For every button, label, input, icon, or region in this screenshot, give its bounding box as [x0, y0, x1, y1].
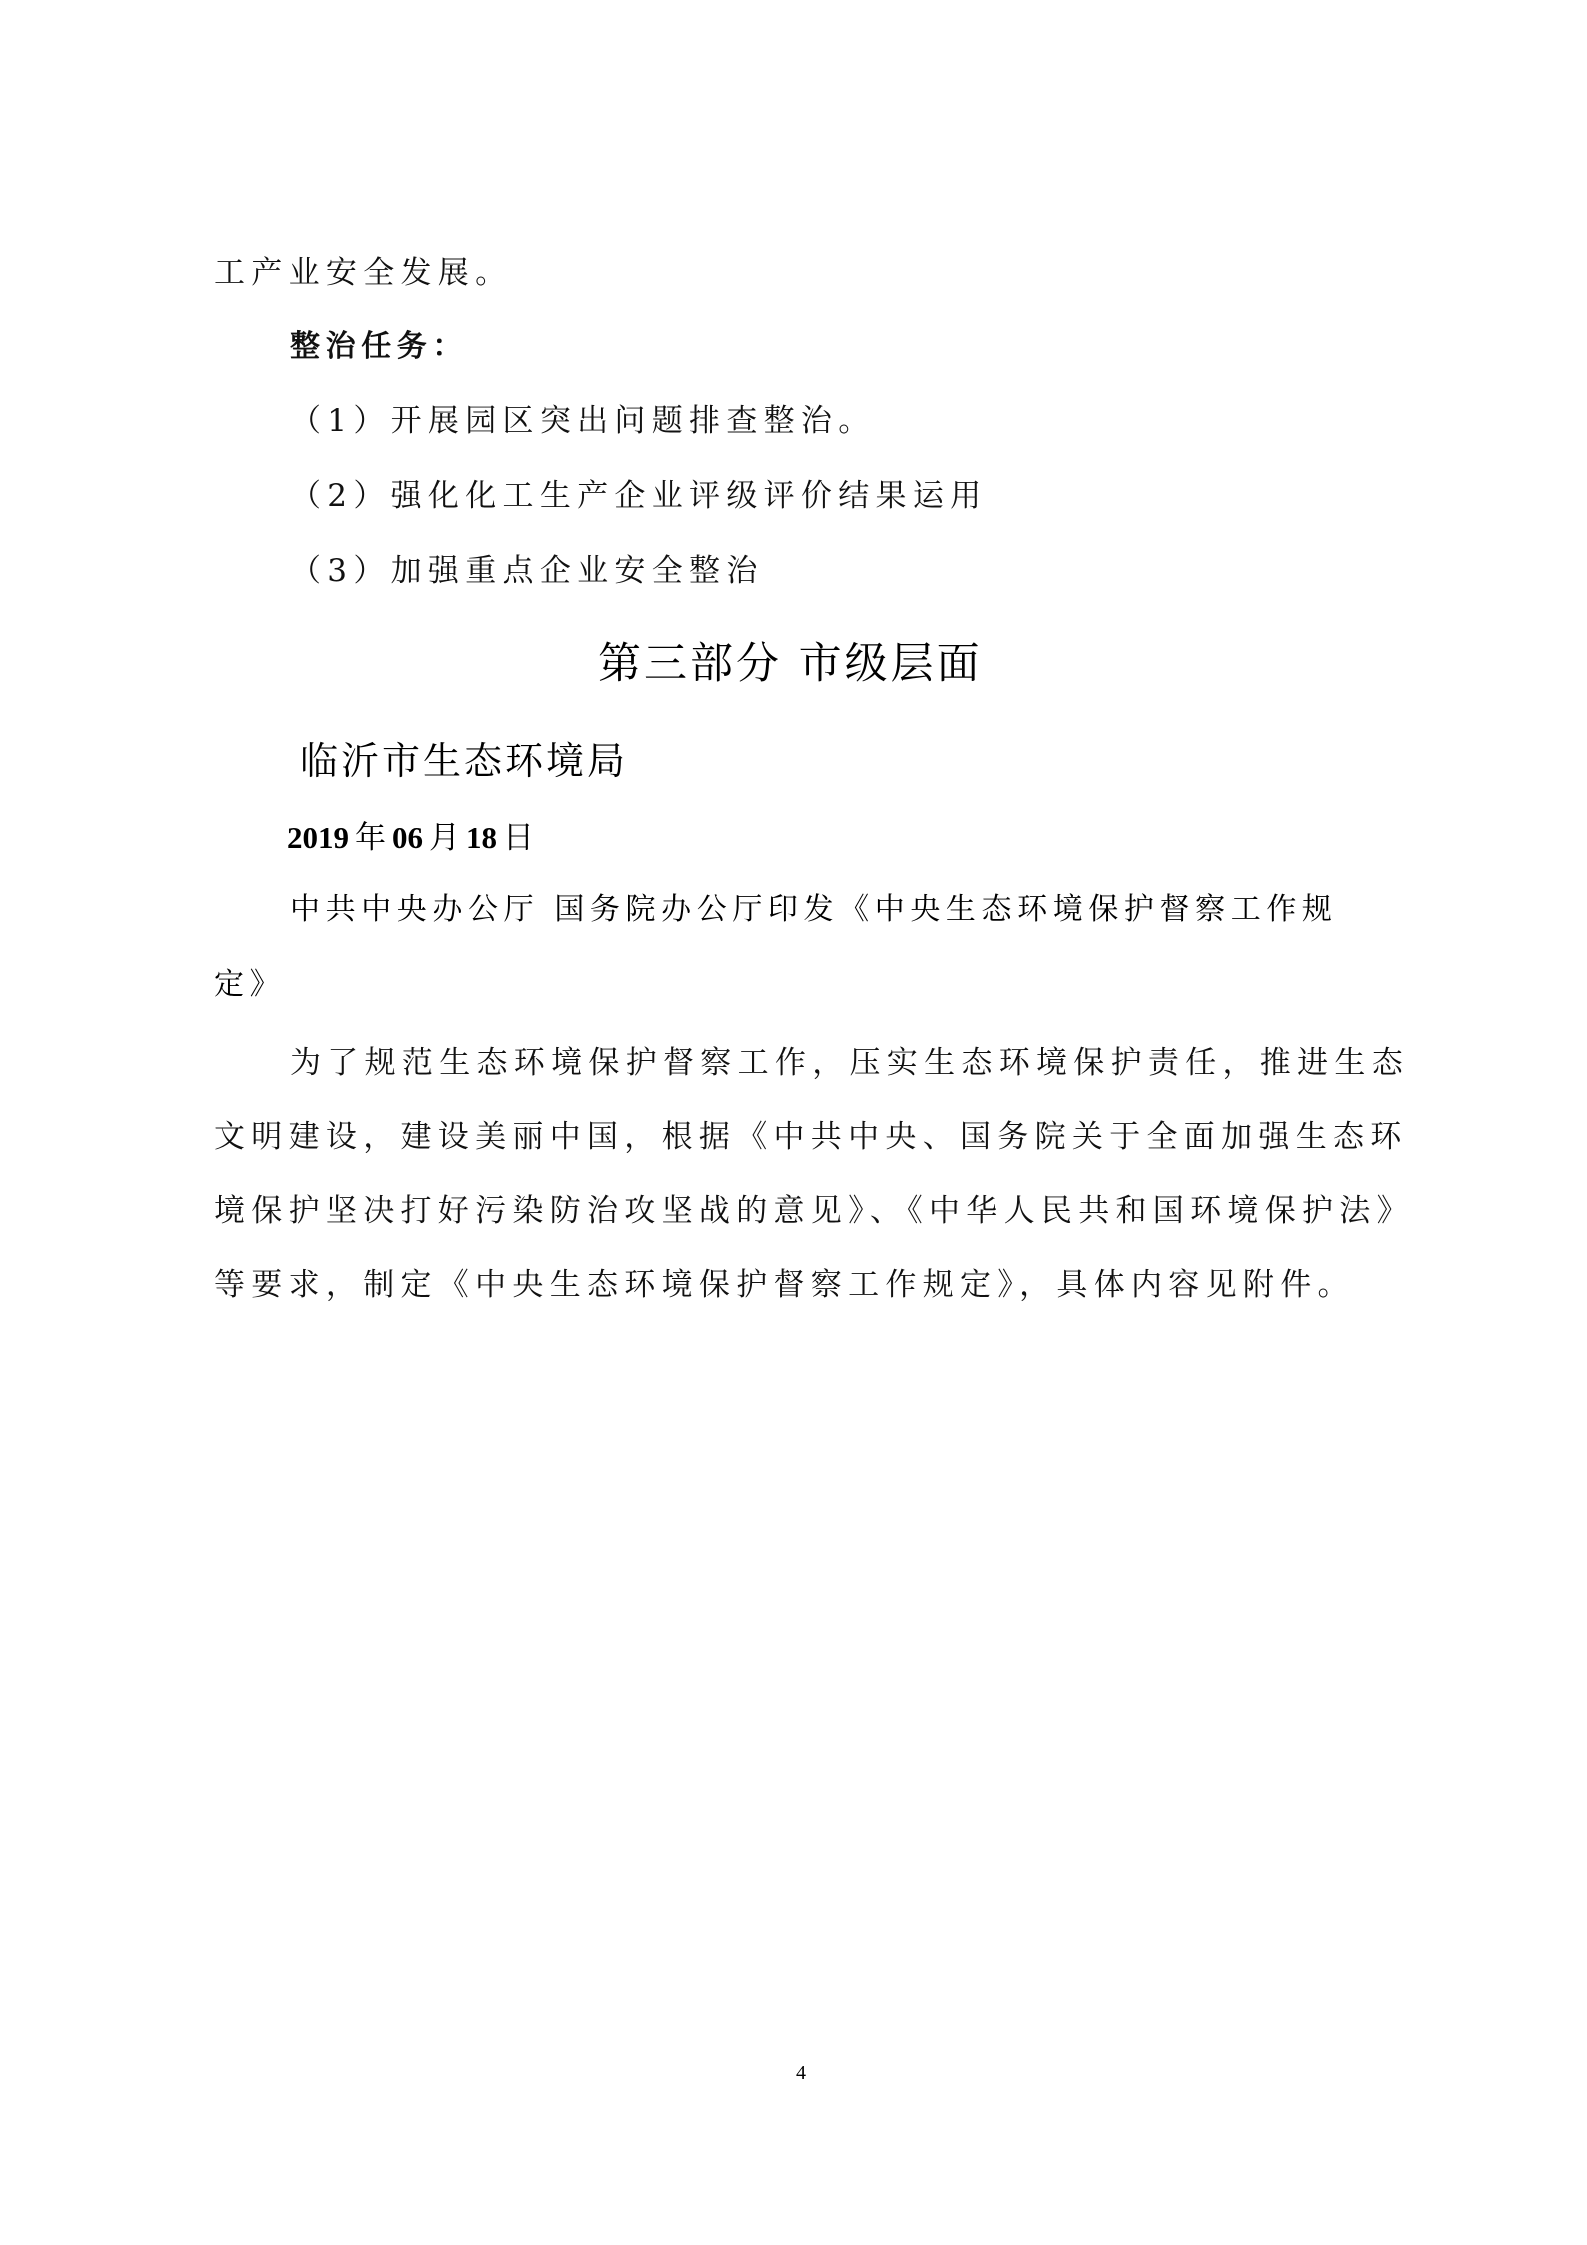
page-number: 4 — [796, 2063, 806, 2083]
date-year: 2019 — [287, 820, 349, 855]
task-item-3: （3）加强重点企业安全整治 — [290, 556, 764, 587]
notice-title-line-1: 中共中央办公厅 国务院办公厅印发《中央生态环境保护督察工作规 — [290, 895, 1338, 925]
body-paragraph-line-1: 为了规范生态环境保护督察工作，压实生态环境保护责任，推进生态 — [290, 1048, 1409, 1079]
date-month-char: 月 — [429, 820, 460, 856]
body-paragraph-line-4: 等要求，制定《中央生态环境保护督察工作规定》，具体内容见附件。 — [214, 1270, 1355, 1301]
task-item-2: （2）强化化工生产企业评级评价结果运用 — [290, 481, 987, 512]
publish-date: 2019年06月18日 — [287, 822, 540, 854]
body-paragraph-line-3: 境保护坚决打好污染防治攻坚战的意见》、《中华人民共和国环境保护法》 — [214, 1196, 1414, 1227]
body-paragraph-line-2: 文明建设，建设美丽中国，根据《中共中央、国务院关于全面加强生态环 — [214, 1122, 1408, 1153]
date-day: 18 — [466, 820, 497, 855]
date-year-char: 年 — [355, 820, 386, 856]
organization-name: 临沂市生态环境局 — [300, 742, 628, 780]
tasks-heading: 整治任务： — [290, 332, 468, 362]
document-page: 工产业安全发展。 整治任务： （1）开展园区突出问题排查整治。 （2）强化化工生… — [0, 0, 1587, 2245]
task-item-1: （1）开展园区突出问题排查整治。 — [290, 406, 876, 437]
date-day-char: 日 — [503, 820, 534, 856]
date-month: 06 — [392, 820, 423, 855]
section-heading: 第三部分 市级层面 — [598, 643, 983, 686]
notice-title-line-2: 定》 — [214, 970, 285, 1000]
continuation-line: 工产业安全发展。 — [214, 258, 512, 289]
